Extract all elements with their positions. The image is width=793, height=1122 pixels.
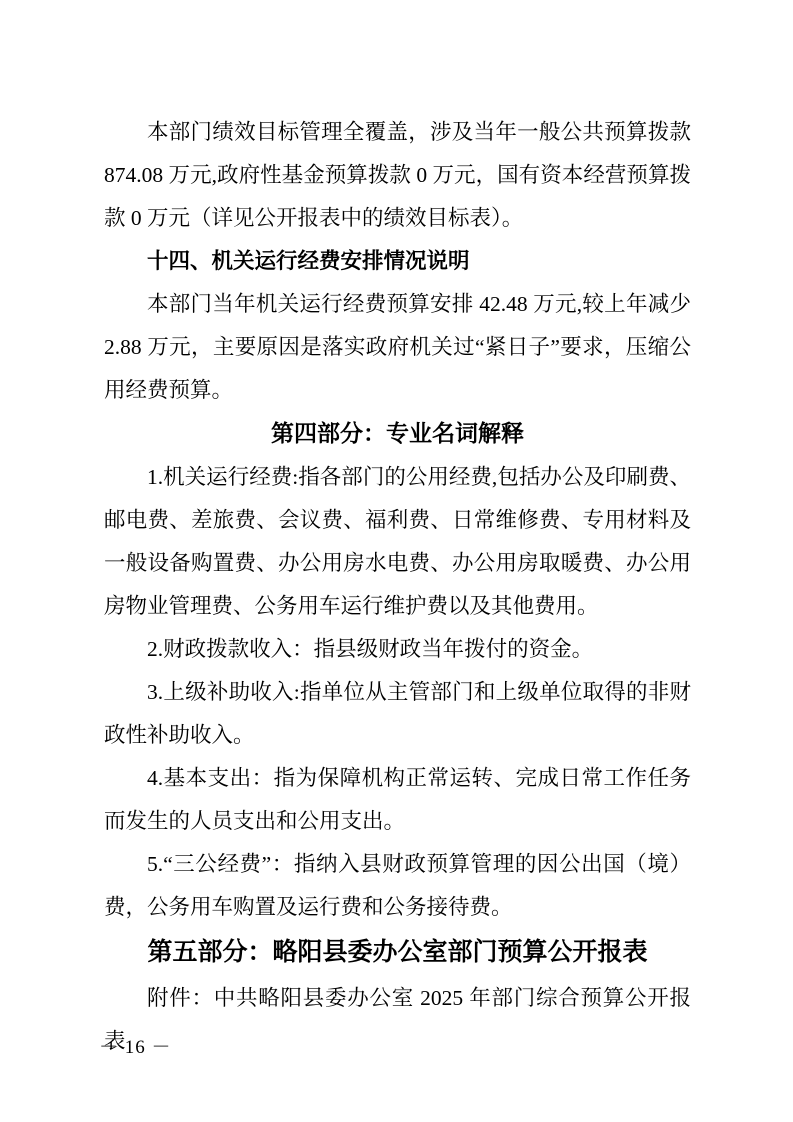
term-item-3: 3.上级补助收入:指单位从主管部门和上级单位取得的非财政性补助收入。 [104,671,691,757]
heading-part-4: 第四部分：专业名词解释 [104,412,691,456]
document-page: 本部门绩效目标管理全覆盖，涉及当年一般公共预算拨款 874.08 万元,政府性基… [0,0,793,1122]
paragraph-performance-coverage: 本部门绩效目标管理全覆盖，涉及当年一般公共预算拨款 874.08 万元,政府性基… [104,111,691,240]
term-item-1: 1.机关运行经费:指各部门的公用经费,包括办公及印刷费、邮电费、差旅费、会议费、… [104,456,691,628]
page-number: － 16 － [99,1036,172,1060]
heading-section-14: 十四、机关运行经费安排情况说明 [104,240,691,283]
paragraph-attachment: 附件：中共略阳县委办公室 2025 年部门综合预算公开报表 [104,977,691,1063]
term-item-4: 4.基本支出：指为保障机构正常运转、完成日常工作任务而发生的人员支出和公用支出。 [104,757,691,843]
heading-part-5: 第五部分：略阳县委办公室部门预算公开报表 [104,929,691,977]
paragraph-operating-expense: 本部门当年机关运行经费预算安排 42.48 万元,较上年减少 2.88 万元，主… [104,283,691,412]
term-item-2: 2.财政拨款收入：指县级财政当年拨付的资金。 [104,628,691,671]
term-item-5: 5.“三公经费”：指纳入县财政预算管理的因公出国（境）费，公务用车购置及运行费和… [104,843,691,929]
